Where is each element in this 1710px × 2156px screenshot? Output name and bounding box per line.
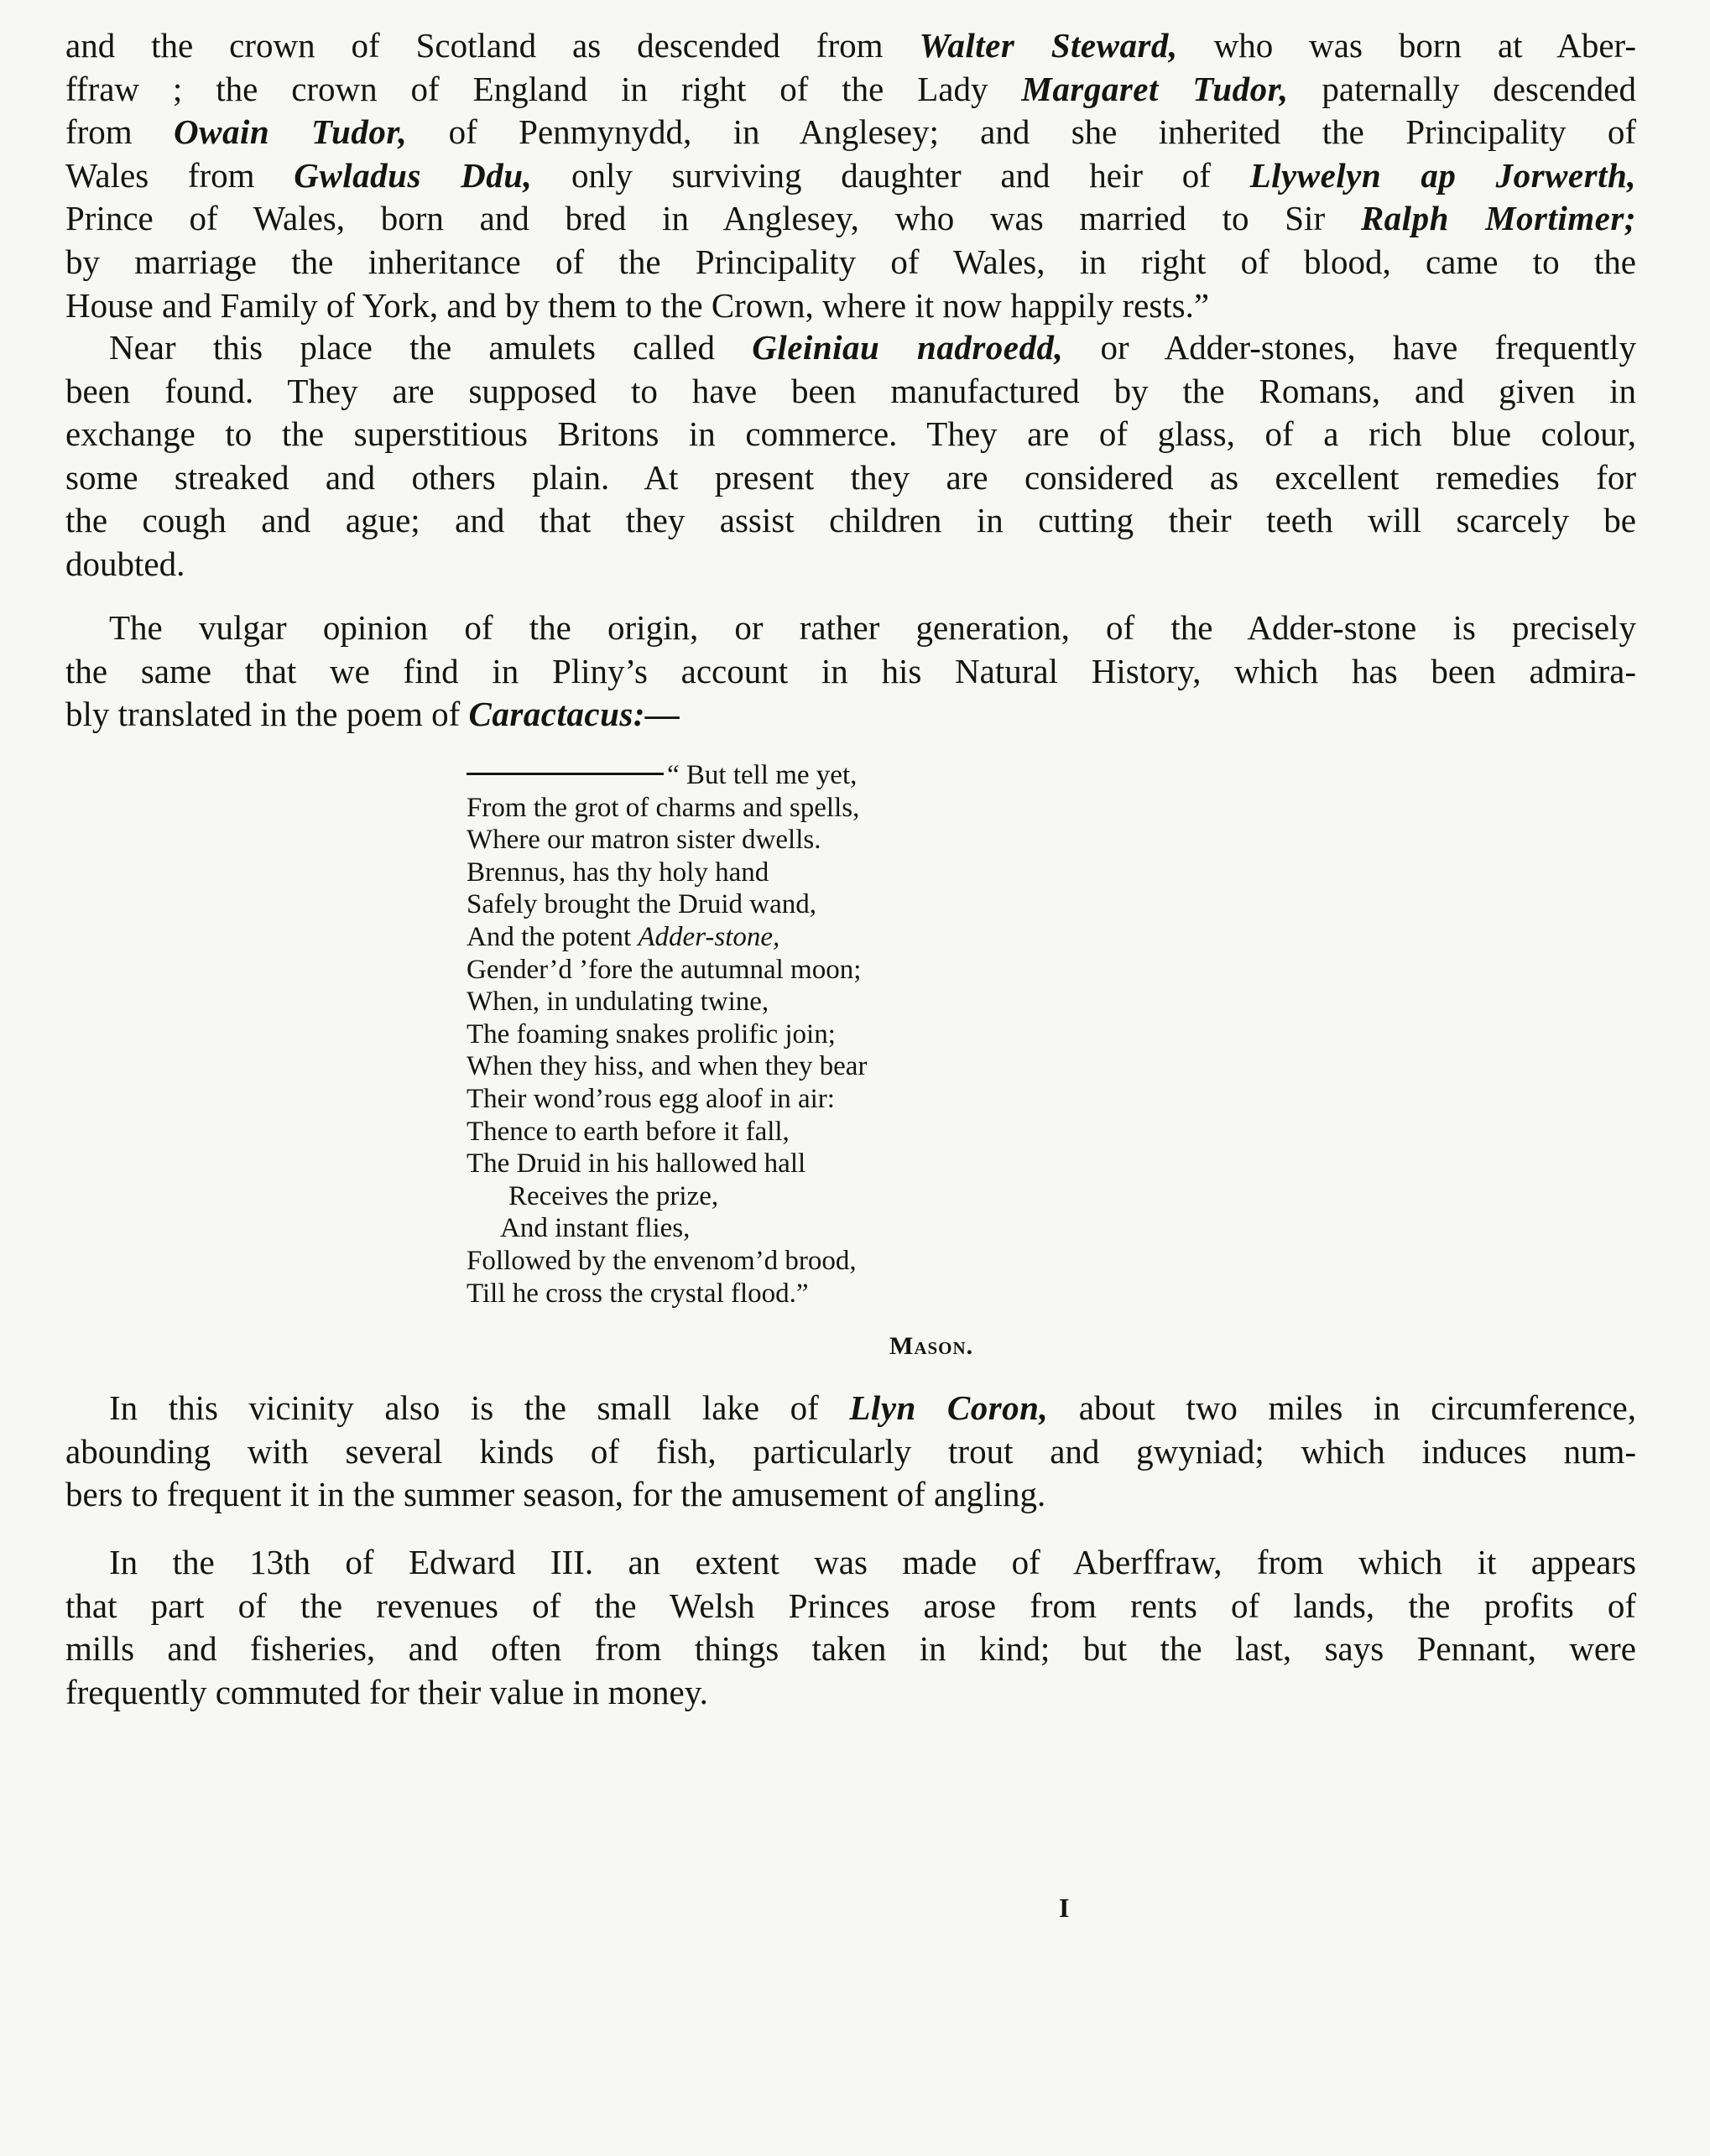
text-run: exchange to the superstitious Britons in…: [65, 414, 1636, 453]
text-run: The vulgar opinion of the origin, or rat…: [109, 608, 1636, 647]
paragraph-line: some streaked and others plain. At prese…: [65, 456, 1636, 499]
text-run: The foaming snakes prolific join;: [467, 1019, 836, 1049]
verse-quotation: “ But tell me yet,From the grot of charm…: [467, 759, 867, 1310]
em-rule: [467, 773, 664, 775]
paragraph-line: by marriage the inheritance of the Princ…: [65, 240, 1636, 284]
paragraph-line: doubted.: [65, 542, 1636, 586]
paragraph-line: In the 13th of Edward III. an extent was…: [109, 1540, 1636, 1584]
paragraph-line: the cough and ague; and that they assist…: [65, 498, 1636, 542]
text-run: Where our matron sister dwells.: [467, 825, 821, 855]
paragraph-line: bers to frequent it in the summer season…: [65, 1472, 1636, 1516]
italic-name: Gwladus Ddu,: [294, 156, 532, 195]
text-run: Their wond’rous egg aloof in air:: [467, 1084, 835, 1114]
text-run: ffraw ; the crown of England in right of…: [65, 70, 1021, 108]
paragraph-line: Wales from Gwladus Ddu, only surviving d…: [65, 154, 1636, 197]
text-run: and the crown of Scotland as descended f…: [65, 26, 919, 65]
verse-line: When they hiss, and when they bear: [467, 1050, 867, 1083]
italic-name: Caractacus:—: [469, 695, 680, 733]
verse-line: Followed by the envenom’d brood,: [467, 1245, 867, 1278]
text-run: some streaked and others plain. At prese…: [65, 458, 1636, 497]
text-run: In this vicinity also is the small lake …: [109, 1388, 849, 1427]
text-run: Safely brought the Druid wand,: [467, 889, 816, 919]
paragraph-line: ffraw ; the crown of England in right of…: [65, 67, 1636, 111]
verse-line: Where our matron sister dwells.: [467, 824, 867, 857]
paragraph-line: from Owain Tudor, of Penmynydd, in Angle…: [65, 110, 1636, 154]
text-run: Receives the prize,: [508, 1181, 718, 1211]
italic-name: Llywelyn ap Jorwerth,: [1250, 156, 1636, 195]
verse-line: The foaming snakes prolific join;: [467, 1018, 867, 1051]
text-run: by marriage the inheritance of the Princ…: [65, 242, 1636, 281]
document-page: and the crown of Scotland as descended f…: [0, 0, 1710, 2156]
text-run: And the potent: [467, 922, 638, 952]
verse-line: Till he cross the crystal flood.”: [467, 1278, 867, 1310]
paragraph-line: The vulgar opinion of the origin, or rat…: [109, 606, 1636, 649]
paragraph-line: abounding with several kinds of fish, pa…: [65, 1430, 1636, 1473]
verse-line: And instant flies,: [467, 1212, 867, 1245]
text-run: abounding with several kinds of fish, pa…: [65, 1432, 1636, 1471]
text-run: Gender’d ’fore the autumnal moon;: [467, 955, 861, 985]
signature-mark: I: [1059, 1893, 1069, 1924]
text-run: about two miles in circumference,: [1048, 1388, 1636, 1427]
paragraph-line: Prince of Wales, born and bred in Angles…: [65, 196, 1636, 240]
text-run: or Adder-stones, have frequently: [1063, 328, 1636, 367]
italic-name: Llyn Coron,: [849, 1388, 1048, 1427]
verse-line: And the potent Adder-stone,: [467, 921, 867, 954]
text-run: from: [65, 112, 174, 151]
text-run: paternally descended: [1289, 70, 1636, 108]
text-run: Followed by the envenom’d brood,: [467, 1246, 857, 1276]
text-run: Thence to earth before it fall,: [467, 1117, 790, 1147]
text-run: And instant flies,: [500, 1213, 690, 1243]
text-run: only surviving daughter and heir of: [532, 156, 1249, 195]
paragraph-line: Near this place the amulets called Glein…: [109, 325, 1636, 369]
verse-attribution: Mason.: [889, 1332, 973, 1361]
italic-name: Margaret Tudor,: [1021, 70, 1288, 108]
italic-name: Adder-stone,: [638, 922, 779, 952]
text-run: that part of the revenues of the Welsh P…: [65, 1586, 1636, 1625]
verse-line: Receives the prize,: [467, 1180, 867, 1213]
text-run: doubted.: [65, 544, 185, 583]
text-run: The Druid in his hallowed hall: [467, 1148, 805, 1179]
paragraph-line: the same that we find in Pliny’s account…: [65, 649, 1636, 693]
verse-line: Their wond’rous egg aloof in air:: [467, 1083, 867, 1116]
text-run: the cough and ague; and that they assist…: [65, 501, 1636, 539]
text-run: bly translated in the poem of: [65, 695, 469, 733]
text-run: bers to frequent it in the summer season…: [65, 1475, 1045, 1513]
paragraph-line: In this vicinity also is the small lake …: [109, 1386, 1636, 1430]
text-run: “ But tell me yet,: [667, 760, 857, 790]
paragraph-line: frequently commuted for their value in m…: [65, 1670, 1636, 1714]
italic-name: Ralph Mortimer;: [1361, 199, 1636, 237]
italic-name: Gleiniau nadroedd,: [752, 328, 1063, 367]
text-run: From the grot of charms and spells,: [467, 793, 859, 823]
text-run: Near this place the amulets called: [109, 328, 752, 367]
verse-line: Gender’d ’fore the autumnal moon;: [467, 954, 867, 987]
verse-line: The Druid in his hallowed hall: [467, 1148, 867, 1180]
text-run: of Penmynydd, in Anglesey; and she inher…: [407, 112, 1636, 151]
text-run: the same that we find in Pliny’s account…: [65, 652, 1636, 690]
text-run: who was born at Aber-: [1178, 26, 1636, 65]
text-run: In the 13th of Edward III. an extent was…: [109, 1543, 1636, 1581]
text-run: Prince of Wales, born and bred in Angles…: [65, 199, 1361, 237]
text-run: frequently commuted for their value in m…: [65, 1673, 708, 1711]
paragraph-line: bly translated in the poem of Caractacus…: [65, 692, 1636, 736]
verse-line: When, in undulating twine,: [467, 986, 867, 1018]
text-run: mills and fisheries, and often from thin…: [65, 1629, 1636, 1668]
italic-name: Walter Steward,: [919, 26, 1177, 65]
text-run: House and Family of York, and by them to…: [65, 286, 1209, 325]
paragraph-line: been found. They are supposed to have be…: [65, 369, 1636, 413]
text-run: Wales from: [65, 156, 294, 195]
paragraph-line: that part of the revenues of the Welsh P…: [65, 1584, 1636, 1627]
italic-name: Owain Tudor,: [174, 112, 407, 151]
text-run: been found. They are supposed to have be…: [65, 372, 1636, 410]
text-run: Brennus, has thy holy hand: [467, 857, 769, 888]
verse-line: Thence to earth before it fall,: [467, 1116, 867, 1148]
text-run: When, in undulating twine,: [467, 987, 769, 1017]
paragraph-line: and the crown of Scotland as descended f…: [65, 23, 1636, 67]
text-run: When they hiss, and when they bear: [467, 1051, 867, 1081]
text-run: Till he cross the crystal flood.”: [467, 1278, 809, 1309]
paragraph-line: House and Family of York, and by them to…: [65, 284, 1636, 327]
verse-line: “ But tell me yet,: [467, 759, 867, 792]
verse-line: Safely brought the Druid wand,: [467, 888, 867, 921]
paragraph-line: mills and fisheries, and often from thin…: [65, 1627, 1636, 1670]
verse-line: Brennus, has thy holy hand: [467, 857, 867, 889]
verse-line: From the grot of charms and spells,: [467, 792, 867, 825]
paragraph-line: exchange to the superstitious Britons in…: [65, 412, 1636, 456]
